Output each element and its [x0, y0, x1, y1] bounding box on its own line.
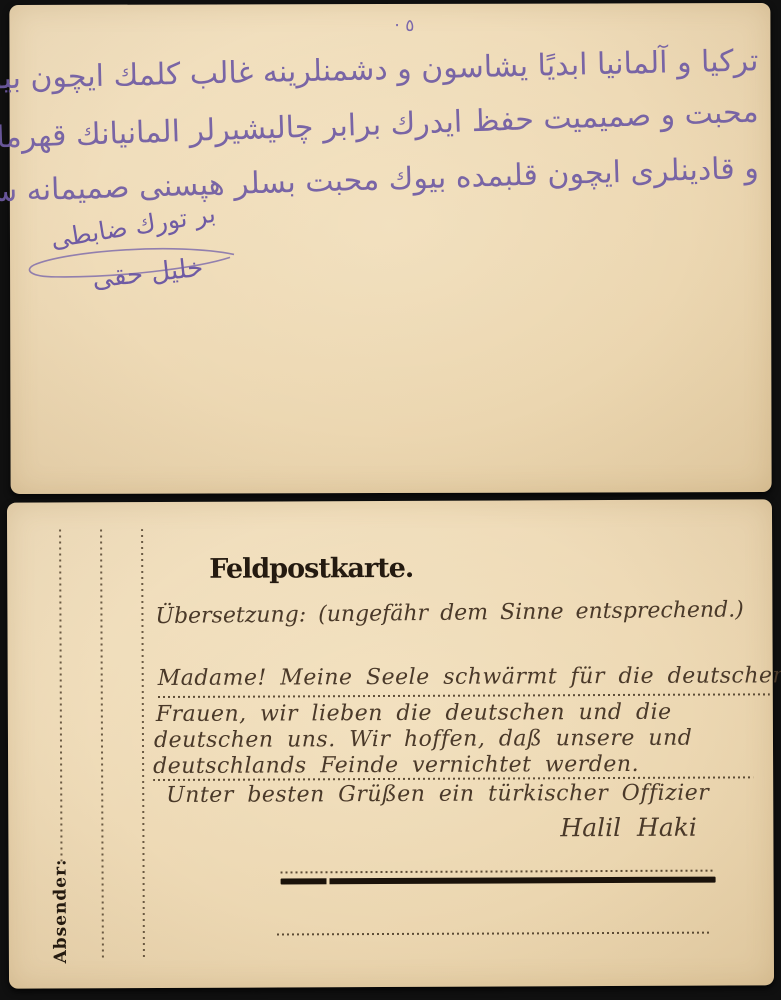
message-line: Madame! Meine Seele schwärmt für die deu…	[158, 663, 781, 691]
message-line: Frauen, wir lieben die deutschen und die	[156, 700, 672, 727]
ottoman-handwriting-line: تركيا و آلمانيا ابديًا يشاسون و دشمنلرين…	[23, 43, 759, 95]
latin-signature: Halil Haki	[560, 813, 697, 843]
message-line: deutschlands Feinde vernichtet werden.	[153, 752, 639, 779]
message-line: deutschen uns. Wir hoffen, daß unsere un…	[154, 726, 692, 753]
corner-ink-mark: ٥ ·	[394, 16, 414, 36]
printed-dotted-line	[158, 693, 770, 698]
ottoman-handwriting-line: و قادينلرى ايچون قلبمده بيوك محبت بسلر ه…	[23, 151, 759, 208]
sender-form-line	[141, 529, 145, 959]
feldpostkarte-title: Feldpostkarte.	[209, 553, 413, 585]
printed-dotted-line	[281, 870, 715, 874]
sender-form-line	[100, 529, 104, 959]
bottom-postcard: Absender: Feldpostkarte. Übersetzung: (u…	[7, 499, 774, 988]
printed-dotted-line	[277, 932, 711, 936]
printed-thick-rule	[281, 877, 716, 885]
translation-note-line: Übersetzung: (ungefähr dem Sinne entspre…	[155, 597, 744, 629]
ottoman-handwriting-line: محبت و صميميت حفظ ايدرك برابر چاليشيرلر …	[23, 95, 759, 155]
message-line: Unter besten Grüßen ein türkischer Offiz…	[166, 781, 709, 808]
sender-form-line	[59, 529, 62, 861]
absender-label: Absender:	[50, 853, 70, 963]
top-postcard: ٥ · تركيا و آلمانيا ابديًا يشاسون و دشمن…	[9, 3, 771, 494]
